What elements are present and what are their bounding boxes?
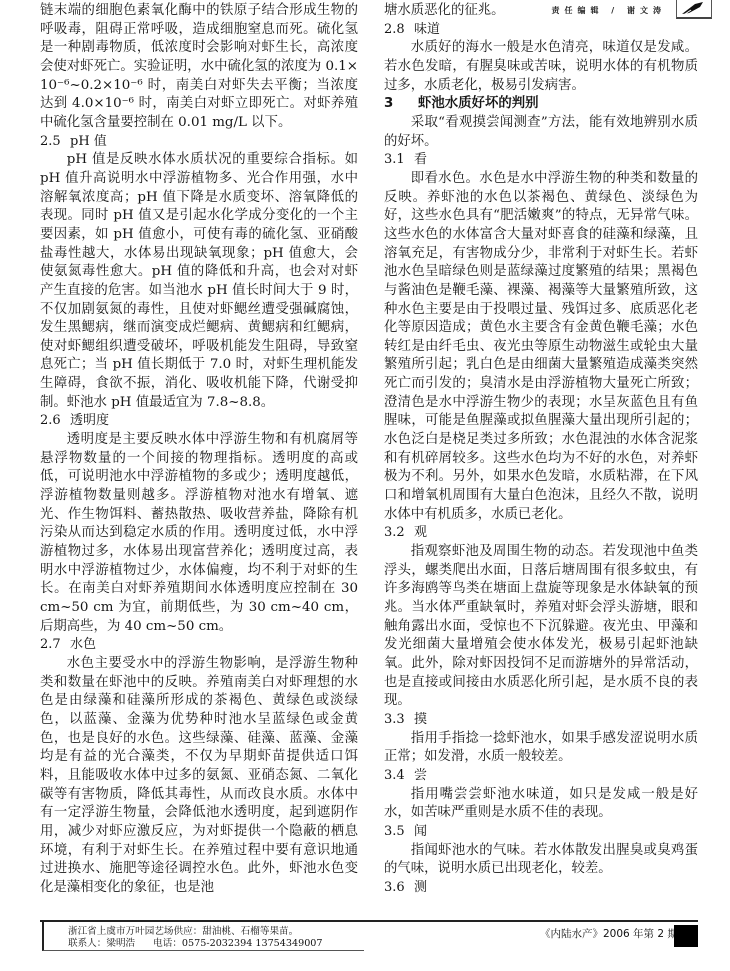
section-number: 3.5 <box>384 823 414 842</box>
section-title: 透明度 <box>70 413 109 428</box>
paragraph-taste: 水质好的海水一般是水色清亮，味道仅是发咸。若水色发暗，有腥臭味或苦味，说明水体的… <box>384 39 698 95</box>
page-corner-block <box>674 925 698 947</box>
paragraph-touch: 指用手指捻一捻虾池水，如果手感发涩说明水质正常；如发滑，水质一般较差。 <box>384 730 698 767</box>
ad-line-2: 联系人：梁明浩电话：0575-2032394 13754349007 <box>68 938 323 950</box>
advertisement-box: 浙江省上虞市万叶园艺场供应：甜油桃、石榴等果苗。 联系人：梁明浩电话：0575-… <box>42 920 364 951</box>
paragraph-ph: pH 值是反映水体水质状况的重要综合指标。如 pH 值升高说明水中浮游植物多、光… <box>40 151 358 412</box>
right-column: 塘水质恶化的征兆。 2.8味道 水质好的海水一般是水色清亮，味道仅是发咸。若水色… <box>384 2 698 898</box>
section-title: 水色 <box>70 637 96 652</box>
paragraph-transparency: 透明度是主要反映水体中浮游生物和有机腐屑等悬浮物数量的一个间接的物理指标。透明度… <box>40 431 358 636</box>
ad-line-1: 浙江省上虞市万叶园艺场供应：甜油桃、石榴等果苗。 <box>68 926 323 938</box>
section-number: 3.2 <box>384 524 414 543</box>
section-heading-2-8: 2.8味道 <box>384 21 698 40</box>
section-number: 3.3 <box>384 711 414 730</box>
section-title: 虾池水质好坏的判别 <box>418 96 539 111</box>
paragraph-look: 即看水色。水色是水中浮游生物的种类和数量的反映。养虾池的水色以茶褐色、黄绿色、淡… <box>384 170 698 524</box>
advertisement-text: 浙江省上虞市万叶园艺场供应：甜油桃、石榴等果苗。 联系人：梁明浩电话：0575-… <box>68 926 323 950</box>
section-number: 2.7 <box>40 636 70 655</box>
section-number: 3.4 <box>384 767 414 786</box>
section-heading-3: 3虾池水质好坏的判别 <box>384 95 698 114</box>
section-title: 观 <box>414 525 427 540</box>
paragraph-water-color: 水色主要受水中的浮游生物影响，是浮游生物种类和数量在虾池中的反映。养殖南美白对虾… <box>40 655 358 898</box>
paragraph-observe: 指观察虾池及周围生物的动态。若发现池中鱼类浮头，螺类爬出水面，日落后塘周围有很多… <box>384 543 698 711</box>
paragraph-taste-test: 指用嘴尝尝虾池水味道，如只是发咸一般是好水，如苦味严重则是水质不佳的表现。 <box>384 786 698 823</box>
section-heading-2-5: 2.5pH 值 <box>40 133 358 152</box>
section-heading-3-2: 3.2观 <box>384 524 698 543</box>
section-heading-2-6: 2.6透明度 <box>40 412 358 431</box>
left-column: 链末端的细胞色素氧化酶中的铁原子结合形成生物的呼吸毒，阻碍正常呼吸，造成细胞窒息… <box>40 2 358 898</box>
section-number: 3 <box>384 95 418 114</box>
section-number: 2.6 <box>40 412 70 431</box>
section-heading-2-7: 2.7水色 <box>40 636 358 655</box>
paragraph-smell: 指闻虾池水的气味。若水体散发出腥臭或臭鸡蛋的气味，说明水质已出现老化，较差。 <box>384 842 698 879</box>
section-heading-3-1: 3.1看 <box>384 151 698 170</box>
paragraph-continued: 塘水质恶化的征兆。 <box>384 2 698 21</box>
paragraph-method: 采取“看观摸尝闻测查”方法，能有效地辨别水质的好坏。 <box>384 114 698 151</box>
section-title: 味道 <box>414 22 440 37</box>
journal-issue: 《内陆水产》2006 年第 2 期 <box>540 926 678 941</box>
section-title: 尝 <box>414 768 427 783</box>
section-heading-3-3: 3.3摸 <box>384 711 698 730</box>
section-title: pH 值 <box>70 134 107 149</box>
section-title: 测 <box>414 880 427 895</box>
paragraph-h2s-intro: 链末端的细胞色素氧化酶中的铁原子结合形成生物的呼吸毒，阻碍正常呼吸，造成细胞窒息… <box>40 2 358 133</box>
section-heading-3-4: 3.4尝 <box>384 767 698 786</box>
section-number: 3.6 <box>384 879 414 898</box>
section-title: 看 <box>414 152 427 167</box>
section-heading-3-6: 3.6测 <box>384 879 698 898</box>
section-number: 2.8 <box>384 21 414 40</box>
ad-contact: 联系人：梁明浩 <box>68 938 135 949</box>
section-heading-3-5: 3.5闻 <box>384 823 698 842</box>
section-number: 3.1 <box>384 151 414 170</box>
section-title: 闻 <box>414 824 427 839</box>
section-number: 2.5 <box>40 133 70 152</box>
ad-phone: 电话：0575-2032394 13754349007 <box>153 938 322 949</box>
section-title: 摸 <box>414 712 427 727</box>
